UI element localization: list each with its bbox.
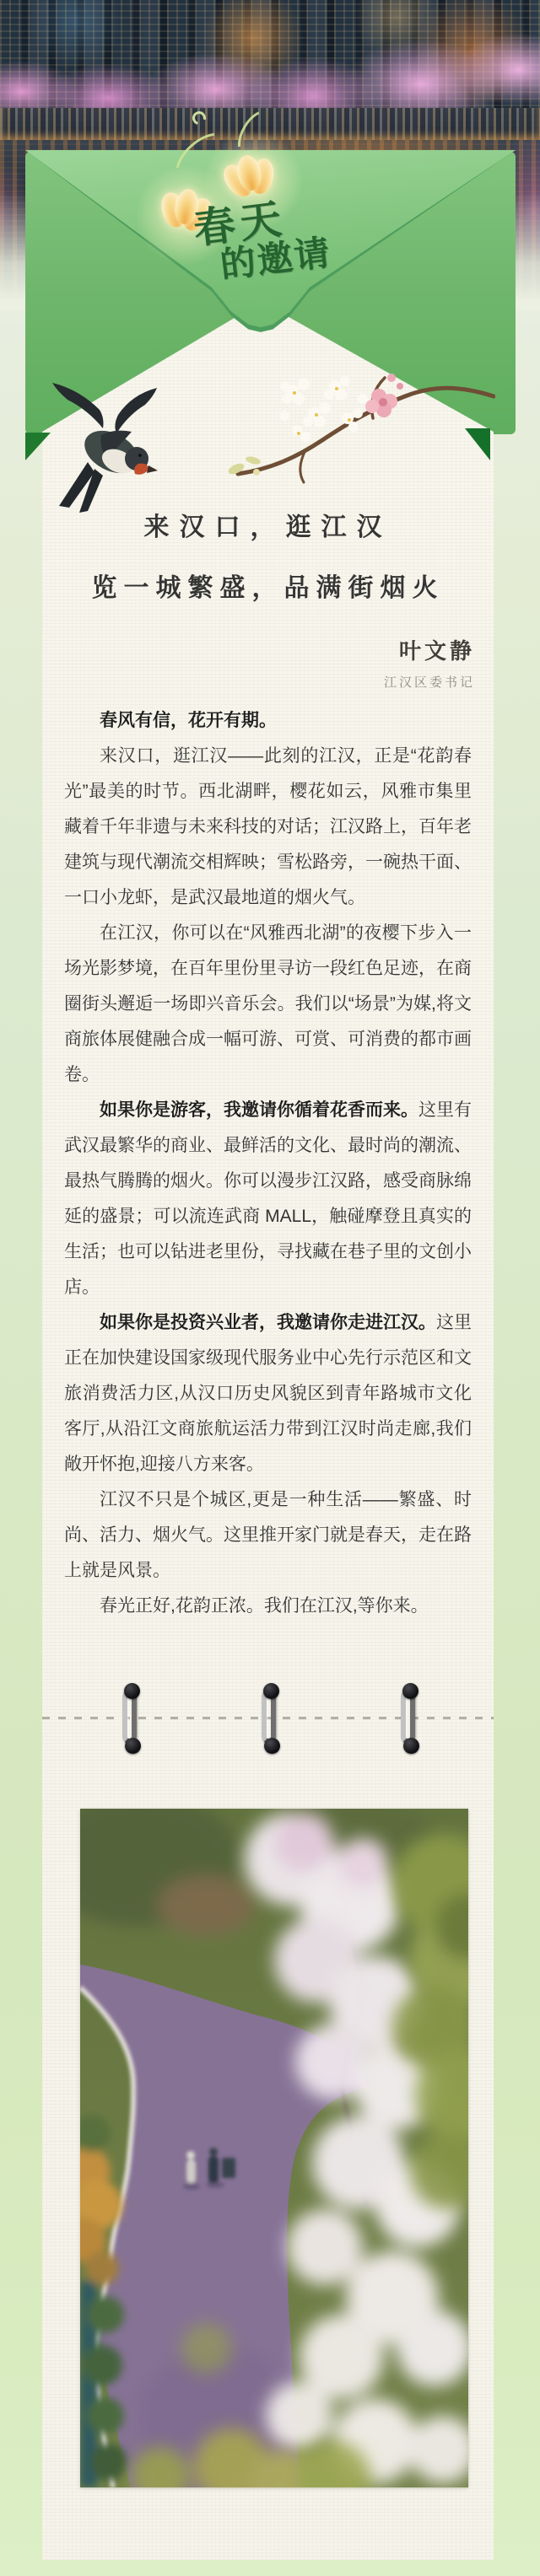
letter-sheet: 来汉口，逛江汉 览一城繁盛，品满街烟火 叶文静 江汉区委书记 春风有信，花开有期…	[42, 253, 494, 2560]
binder-ring-knob	[403, 1738, 419, 1754]
letter-author: 叶文静	[399, 634, 475, 665]
spring-invitation-poster: 来汉口，逛江汉 览一城繁盛，品满街烟火 叶文静 江汉区委书记 春风有信，花开有期…	[0, 0, 540, 2576]
binder-ring-knob	[264, 1738, 280, 1754]
park-path-aerial-photo	[80, 1809, 468, 2487]
letter-headline-line2: 览一城繁盛，品满街烟火	[42, 567, 494, 604]
letter-paragraph: 江汉不只是个城区,更是一种生活——繁盛、时尚、活力、烟火气。这里推开家门就是春天…	[64, 1482, 472, 1589]
letter-body: 春风有信，花开有期。 来汉口，逛江汉——此刻的江汉，正是“花韵春光”最美的时节。…	[42, 703, 494, 1624]
letter-paragraph: 如果你是投资兴业者，我邀请你走进江汉。这里正在加快建设国家级现代服务业中心先行示…	[64, 1305, 472, 1482]
envelope-fold-right	[465, 428, 490, 460]
binder-ring-knob	[124, 1683, 140, 1699]
plum-blossom-branch	[204, 352, 495, 492]
envelope-fold-left	[25, 433, 51, 460]
letter-paragraph: 来汉口，逛江汉——此刻的江汉，正是“花韵春光”最美的时节。西北湖畔，樱花如云，风…	[64, 739, 472, 916]
letter-paragraph: 春光正好,花韵正浓。我们在江汉,等你来。	[64, 1589, 472, 1624]
letter-author-title: 江汉区委书记	[384, 673, 475, 691]
binder-ring	[260, 1683, 282, 1754]
binder-ring	[121, 1683, 143, 1754]
binder-ring-knob	[125, 1738, 141, 1754]
swallow-bird-illustration	[51, 381, 160, 518]
white-blossoms	[279, 376, 368, 442]
binder-ring	[399, 1683, 421, 1754]
binder-ring-knob	[263, 1683, 279, 1699]
letter-paragraph: 在江汉，你可以在“风雅西北湖”的夜樱下步入一场光影梦境，在百年里份里寻访一段红色…	[64, 916, 472, 1093]
letter-paragraph: 春风有信，花开有期。	[64, 703, 472, 739]
letter-paragraph: 如果你是游客，我邀请你循着花香而来。这里有武汉最繁华的商业、最鲜活的文化、最时尚…	[64, 1093, 472, 1305]
calligraphy-title: 春天 的邀请	[192, 193, 333, 288]
binder-ring-knob	[402, 1683, 418, 1699]
